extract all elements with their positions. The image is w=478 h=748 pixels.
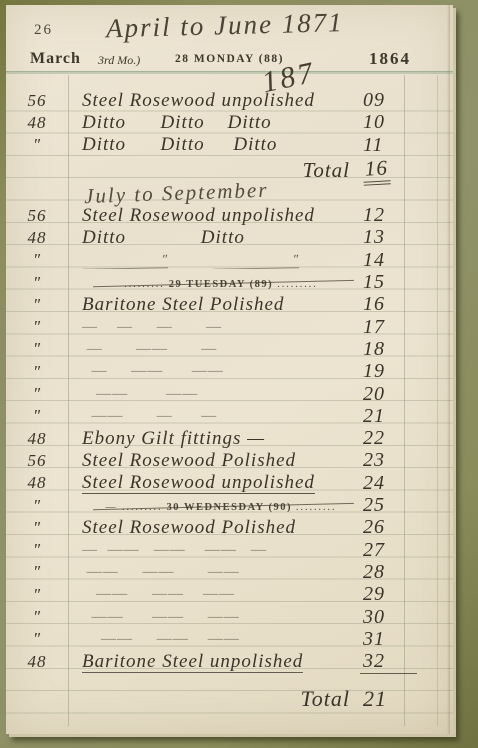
day-number-cell: 27 xyxy=(360,539,417,562)
blank-entry-cell: —— —— —— xyxy=(68,609,360,626)
quantity-cell: 48 xyxy=(6,113,68,133)
blank-entry-cell: — —— — xyxy=(68,341,360,358)
day-number-cell: 18 xyxy=(360,338,417,361)
printed-header-row: March 3rd Mo.) 28 MONDAY (88) 1864 xyxy=(6,49,453,69)
quantity-cell: ″ xyxy=(6,562,68,582)
description-cell: Ebony Gilt fittings — xyxy=(68,428,360,450)
page-number: 26 xyxy=(34,22,53,39)
day-number-cell: 11 xyxy=(360,134,417,157)
ledger-row: ″......... 29 TUESDAY (89) .........15 xyxy=(6,271,453,293)
ledger-row: ″ —— ——20 xyxy=(6,383,453,405)
day-number-cell: 32 xyxy=(360,650,417,674)
description-cell: Steel Rosewood unpolished xyxy=(68,472,360,494)
day-number-cell: 15 xyxy=(360,271,417,294)
ledger-row: ″″″14 xyxy=(6,249,453,271)
description-cell: Steel Rosewood Polished xyxy=(68,517,360,539)
quantity-cell: ″ xyxy=(6,135,68,155)
day-number-cell: 17 xyxy=(360,316,417,339)
day-number-cell: 30 xyxy=(360,606,417,629)
ledger-row: ″ —— —— ——30 xyxy=(6,606,453,628)
day-number-cell: 22 xyxy=(360,427,417,450)
ledger-row: ″ — —— —18 xyxy=(6,338,453,360)
day-number-cell: 28 xyxy=(360,561,417,584)
day-number-cell: 10 xyxy=(360,111,417,134)
blank-entry-cell: —— —— —— xyxy=(68,631,360,648)
day-number-cell: 21 xyxy=(360,405,417,428)
scanned-diary-page: 26 April to June 1871 March 3rd Mo.) 28 … xyxy=(0,0,478,748)
ledger-row: 48Ditto Ditto13 xyxy=(6,226,453,248)
quantity-cell: 48 xyxy=(6,228,68,248)
quantity-cell: 56 xyxy=(6,451,68,471)
ledger-row: 48Baritone Steel unpolished32 xyxy=(6,650,453,672)
ledger-row: 56Steel Rosewood unpolished09 xyxy=(6,89,453,111)
day-number-cell: 09 xyxy=(360,89,417,112)
description-cell: Steel Rosewood Polished xyxy=(68,450,360,472)
quantity-cell: ″ xyxy=(6,384,68,404)
day-number-cell: 19 xyxy=(360,360,417,383)
quantity-cell: ″ xyxy=(6,273,68,293)
day-number-cell: 16 xyxy=(360,293,417,316)
quantity-cell: 56 xyxy=(6,91,68,111)
total-value-cell: 21 xyxy=(360,686,417,712)
ledger-row: ″— — — —17 xyxy=(6,316,453,338)
handwritten-title: April to June 1871 xyxy=(106,5,437,45)
ledger-row: 48Steel Rosewood unpolished24 xyxy=(6,472,453,494)
description-cell: Steel Rosewood unpolished xyxy=(68,90,360,112)
quantity-cell: ″ xyxy=(6,339,68,359)
page-header: 26 April to June 1871 March 3rd Mo.) 28 … xyxy=(6,5,453,77)
blank-entry-cell: —— —— —— xyxy=(68,564,360,581)
quantity-cell: ″ xyxy=(6,406,68,426)
ledger-row: ″ —— —— ——29 xyxy=(6,583,453,605)
ditto-marks-cell: ″″ xyxy=(68,252,360,269)
total-label-cell: Total xyxy=(68,686,360,712)
quantity-cell: 48 xyxy=(6,652,68,672)
ledger-row: 48Ditto Ditto Ditto10 xyxy=(6,111,453,133)
header-divider-rule xyxy=(6,71,453,74)
ledger-row: ″ —— — —21 xyxy=(6,405,453,427)
description-cell: Ditto Ditto Ditto xyxy=(68,112,360,134)
blank-entry-cell: —— —— xyxy=(68,386,360,403)
ledger-row: ″— ......... 30 WEDNESDAY (90) .........… xyxy=(6,494,453,516)
quantity-cell: ″ xyxy=(6,607,68,627)
day-number-cell: 14 xyxy=(360,249,417,272)
day-number-cell: 13 xyxy=(360,226,417,249)
quantity-cell: ″ xyxy=(6,540,68,560)
quantity-cell: ″ xyxy=(6,362,68,382)
day-number-cell: 12 xyxy=(360,204,417,227)
quantity-cell: ″ xyxy=(6,496,68,516)
ledger-row: ″ — —— ——19 xyxy=(6,360,453,382)
day-number-cell: 26 xyxy=(360,516,417,539)
blank-entry-cell: — — — — xyxy=(68,319,360,336)
description-cell: Baritone Steel unpolished xyxy=(68,651,360,673)
quantity-cell: 48 xyxy=(6,473,68,493)
quantity-cell: ″ xyxy=(6,585,68,605)
day-number-cell: 24 xyxy=(360,472,417,495)
quantity-cell: ″ xyxy=(6,295,68,315)
ledger-row: ″— —— —— —— —27 xyxy=(6,539,453,561)
description-cell: Baritone Steel Polished xyxy=(68,294,360,316)
ledger-row: July to September xyxy=(6,178,453,204)
day-number-cell: 23 xyxy=(360,449,417,472)
day-number-cell: 29 xyxy=(360,583,417,606)
day-number-cell: 20 xyxy=(360,383,417,406)
ledger-row: 56Steel Rosewood Polished23 xyxy=(6,449,453,471)
quantity-cell: ″ xyxy=(6,629,68,649)
ledger-row: ″Steel Rosewood Polished26 xyxy=(6,516,453,538)
description-cell: Ditto Ditto xyxy=(68,227,360,249)
quantity-cell: 48 xyxy=(6,429,68,449)
quantity-cell: ″ xyxy=(6,317,68,337)
quantity-cell: ″ xyxy=(6,518,68,538)
blank-entry-cell: — —— —— xyxy=(68,363,360,380)
ledger-rows: 56Steel Rosewood unpolished0948Ditto Dit… xyxy=(6,89,453,714)
ledger-row: 48Ebony Gilt fittings —22 xyxy=(6,427,453,449)
diary-paper: 26 April to June 1871 March 3rd Mo.) 28 … xyxy=(6,5,453,734)
ledger-row: ″Ditto Ditto Ditto11 xyxy=(6,134,453,156)
day-number-cell: 31 xyxy=(360,628,417,651)
ledger-row: ″Baritone Steel Polished16 xyxy=(6,293,453,315)
blank-entry-cell: —— —— —— xyxy=(68,586,360,603)
ledger-row: ″ —— —— ——28 xyxy=(6,561,453,583)
day-number-cell: 25 xyxy=(360,494,417,517)
description-cell: Ditto Ditto Ditto xyxy=(68,134,360,156)
printed-day-divider: ......... 29 TUESDAY (89) ......... xyxy=(68,274,360,292)
ledger-row: Total21 xyxy=(6,684,453,714)
quantity-cell: ″ xyxy=(6,250,68,270)
ledger-row: ″ —— —— ——31 xyxy=(6,628,453,650)
blank-entry-cell: —— — — xyxy=(68,408,360,425)
printed-day-divider: — ......... 30 WEDNESDAY (90) ......... xyxy=(68,497,360,515)
year-label: 1864 xyxy=(369,49,411,69)
blank-entry-cell: — —— —— —— — xyxy=(68,542,360,559)
